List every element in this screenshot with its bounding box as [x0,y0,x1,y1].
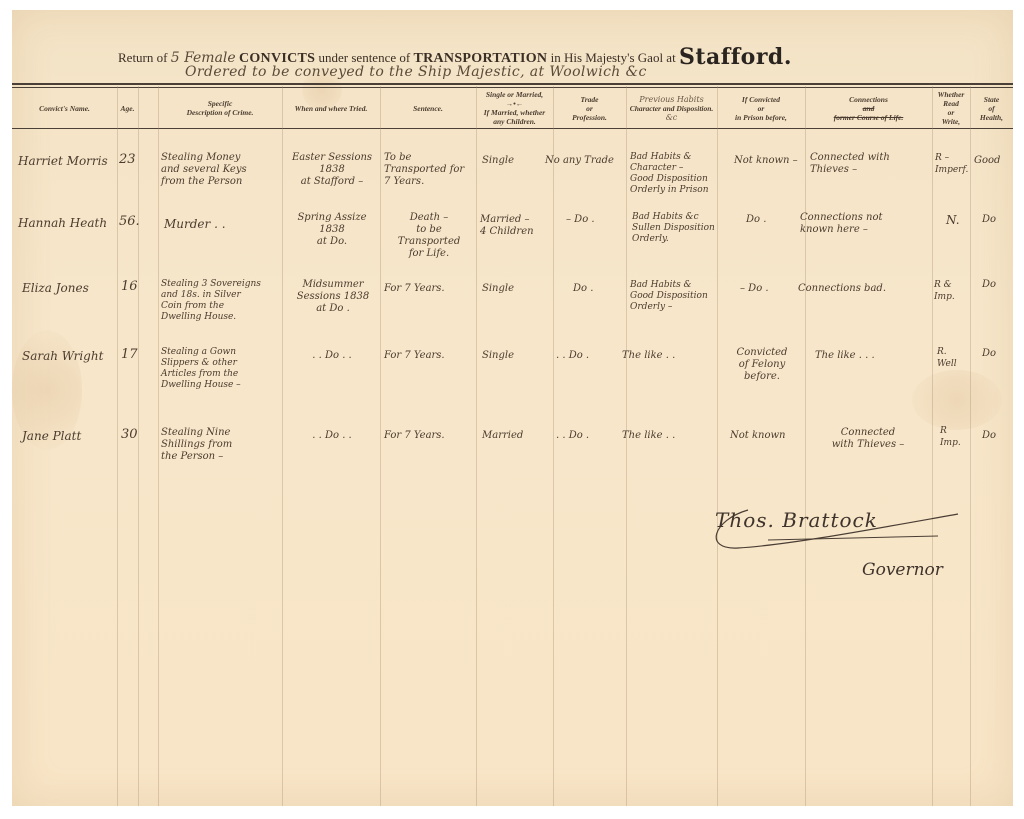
row-5-read-write: R Imp. [940,425,961,449]
paper-stain [912,370,1002,430]
row-1-health: Good [974,155,1000,167]
row-1-crime: Stealing Money and several Keys from the… [161,152,247,188]
row-1-name: Harriet Morris [18,155,108,167]
row-2-sentence: Death – to be Transported for Life. [384,212,474,260]
row-2-connections: Connections not known here – [800,212,883,236]
row-1-sentence: To be Transported for 7 Years. [384,152,464,188]
title-suffix: in His Majesty's Gaol at [551,50,676,65]
row-1-read-write: R – Imperf. [935,152,968,176]
row-5-connections: Connected with Thieves – [812,427,924,451]
row-3-crime: Stealing 3 Sovereigns and 18s. in Silver… [161,279,261,323]
column-divider [476,86,477,806]
row-5-name: Jane Platt [22,430,81,442]
column-divider [626,86,627,806]
column-divider [717,86,718,806]
row-2-tried: Spring Assize 1838 at Do. [288,212,376,248]
row-1-convicted-before: Not known – [734,155,798,167]
column-divider [380,86,381,806]
header-top-rule [12,83,1013,85]
header-handwritten-previous-habits: Previous Habits [639,95,703,104]
row-1-tried: Easter Sessions 1838 at Stafford – [288,152,376,188]
row-3-convicted-before: – Do . [740,283,769,295]
row-3-health: Do [982,279,996,291]
row-5-age: 30 [121,429,138,441]
row-2-character: Bad Habits &c Sullen Disposition Orderly… [632,212,715,245]
header-handwritten-etc: &c [666,113,678,122]
column-header-character: Previous Habits Character and Dispositio… [626,90,717,126]
column-header-health: State of Health, [970,90,1013,126]
row-3-tried: Midsummer Sessions 1838 at Do . [290,279,376,315]
column-header-convicted-before: If Convicted or in Prison before, [717,90,805,126]
row-3-marital: Single [482,283,514,295]
row-2-crime: Murder . . [164,218,226,230]
row-5-tried: . . Do . . [288,430,376,442]
column-header-read-write: Whether Read or Write, [932,90,970,126]
row-3-trade: Do . [573,283,593,295]
column-header-name: Convict's Name. [12,90,117,126]
row-1-trade: No any Trade [545,155,614,167]
row-4-tried: . . Do . . [288,350,376,362]
row-1-marital: Single [482,155,514,167]
row-4-sentence: For 7 Years. [384,350,445,362]
document-page [12,10,1013,806]
title-gaol-name: Stafford. [679,44,792,70]
row-5-trade: . . Do . [556,430,589,442]
row-4-health: Do [982,348,996,360]
column-header-connections: Connections and former Course of Life. [805,90,932,126]
column-divider [553,86,554,806]
row-1-connections: Connected with Thieves – [810,152,890,176]
title-prefix: Return of [118,50,167,65]
row-5-sentence: For 7 Years. [384,430,445,442]
header-bottom-rule [12,128,1013,129]
row-4-convicted-before: Convicted of Felony before. [722,347,802,383]
governor-signature: Thos. Brattock [715,508,878,532]
row-4-connections: The like . . . [815,350,875,362]
column-divider [970,86,971,806]
row-4-marital: Single [482,350,514,362]
row-4-character: The like . . [622,350,675,362]
column-header-crime: Specific Description of Crime. [158,90,282,126]
column-divider [805,86,806,806]
row-5-marital: Married [482,430,523,442]
header-struck-and: and [863,104,875,113]
column-divider [138,86,139,806]
column-divider [117,86,118,806]
column-header-trade: Trade or Profession. [553,90,626,126]
header-top-rule-thin [12,87,1013,88]
row-2-name: Hannah Heath [18,217,107,229]
row-2-read-write: N. [946,214,960,226]
title-middle: under sentence of [319,50,411,65]
row-2-marital: Married – 4 Children [480,214,534,238]
row-1-character: Bad Habits & Character – Good Dispositio… [630,152,709,196]
row-3-character: Bad Habits & Good Disposition Orderly – [630,280,708,313]
row-3-sentence: For 7 Years. [384,283,445,295]
column-divider [282,86,283,806]
row-3-connections: Connections bad. [798,283,886,295]
row-3-read-write: R & Imp. [934,279,955,303]
row-2-health: Do [982,214,996,226]
column-header-tried: When and where Tried. [282,90,380,126]
row-4-read-write: R. Well [937,346,957,370]
row-4-name: Sarah Wright [22,350,103,362]
handwritten-subtitle: Ordered to be conveyed to the Ship Majes… [185,64,647,80]
header-struck-former-course: former Course of Life. [834,113,904,122]
column-header-age: Age. [117,90,138,126]
governor-title: Governor [862,560,943,580]
row-2-age: 56. [119,216,140,228]
row-4-crime: Stealing a Gown Slippers & other Article… [161,347,241,391]
row-5-crime: Stealing Nine Shillings from the Person … [161,427,232,463]
row-5-character: The like . . [622,430,675,442]
row-3-age: 16 [121,281,138,293]
row-1-age: 23 [119,154,136,166]
row-2-convicted-before: Do . [746,214,766,226]
row-5-health: Do [982,430,996,442]
row-3-name: Eliza Jones [22,282,89,294]
column-header-marital: Single or Married, →•← If Married, wheth… [476,90,553,126]
column-divider [158,86,159,806]
row-4-trade: . . Do . [556,350,589,362]
row-5-convicted-before: Not known [730,430,786,442]
row-2-trade: – Do . [566,214,595,226]
column-divider [932,86,933,806]
column-header-sentence: Sentence. [380,90,476,126]
header-character-label: Character and Disposition. [630,104,714,113]
header-connections-label: Connections [849,95,888,104]
row-4-age: 17 [121,349,138,361]
